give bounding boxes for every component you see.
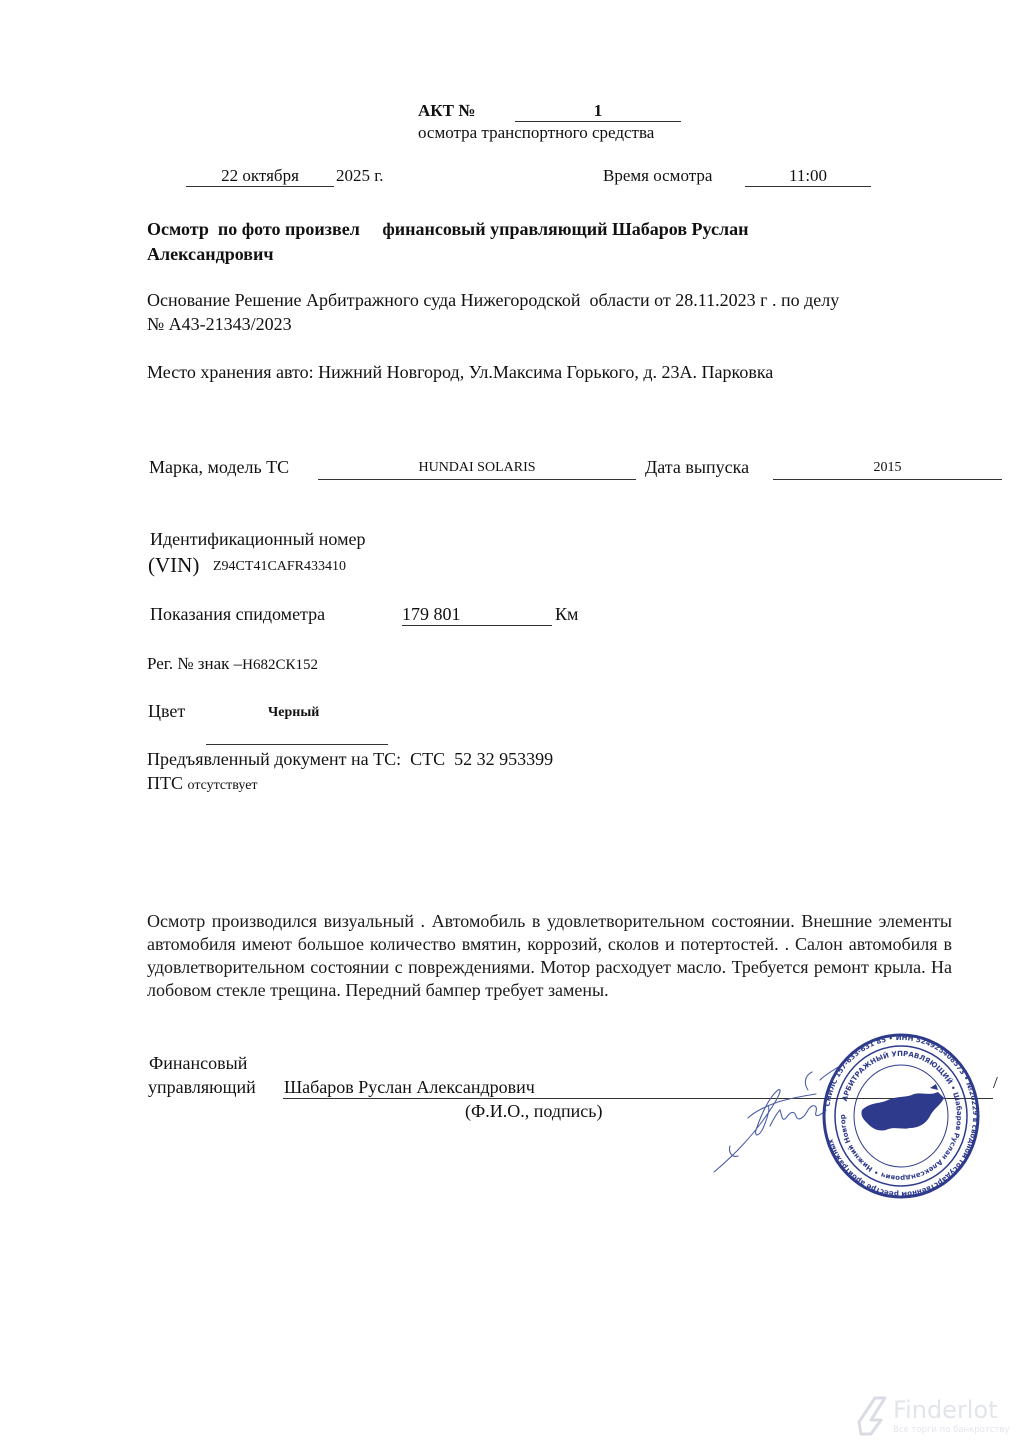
storage-location: Место хранения авто: Нижний Новгород, Ул… <box>147 362 773 383</box>
signature-caption: (Ф.И.О., подпись) <box>465 1101 602 1122</box>
make-label: Марка, модель ТС <box>149 457 289 478</box>
vehicle-document: Предъявленный документ на ТС: СТС 52 32 … <box>147 749 553 770</box>
signer-role-line-1: Финансовый <box>149 1053 247 1074</box>
pts-label: ПТС <box>147 773 183 793</box>
inspection-year: 2025 г. <box>336 166 384 186</box>
color-value: Черный <box>268 705 319 721</box>
odometer-unit: Км <box>555 604 578 625</box>
plate-label-text: Рег. № знак – <box>147 654 242 673</box>
vin-value: Z94CT41CAFR433410 <box>213 559 346 575</box>
pts-line: ПТС отсутствует <box>147 773 258 794</box>
plate-label: Рег. № знак –Н682СК152 <box>147 654 318 674</box>
basis-case-number: № А43-21343/2023 <box>147 314 292 335</box>
time-label: Время осмотра <box>603 166 712 186</box>
signer-name: Шабаров Руслан Александрович <box>284 1077 535 1098</box>
watermark-brand: Finderlot <box>893 1396 998 1424</box>
inspection-time: 11:00 <box>745 166 871 187</box>
act-label: АКТ № <box>418 101 475 121</box>
inspector-line-2: Александрович <box>147 244 274 265</box>
vin-label: Идентификационный номер <box>150 529 365 550</box>
signer-role-line-2: управляющий <box>148 1077 256 1098</box>
color-label: Цвет <box>148 701 185 722</box>
odometer-label: Показания спидометра <box>150 604 325 625</box>
act-subtitle: осмотра транспортного средства <box>418 123 654 143</box>
odometer-value: 179 801 <box>402 604 552 626</box>
year-value: 2015 <box>773 460 1002 480</box>
plate-value: Н682СК152 <box>242 657 318 673</box>
inspector-line-1: Осмотр по фото произвел финансовый управ… <box>147 219 748 240</box>
pts-value: отсутствует <box>188 778 258 793</box>
color-underline <box>206 744 388 745</box>
year-label: Дата выпуска <box>645 457 749 478</box>
make-value: HUNDAI SOLARIS <box>318 460 636 480</box>
basis-line-1: Основание Решение Арбитражного суда Ниже… <box>147 290 839 311</box>
finderlot-watermark-icon: Finderlot Все торги по банкротству <box>855 1388 1020 1438</box>
official-stamp-icon: СНИЛС 157-633-631 85 • ИНН 524925408573 … <box>822 1032 980 1200</box>
vin-prefix: (VIN) <box>148 553 199 578</box>
inspection-conclusion: Осмотр производился визуальный . Автомоб… <box>147 910 952 1002</box>
signature-slash: / <box>993 1073 998 1093</box>
act-number: 1 <box>515 101 681 122</box>
inspection-date: 22 октября <box>186 166 334 187</box>
watermark-tagline: Все торги по банкротству <box>893 1425 1010 1435</box>
